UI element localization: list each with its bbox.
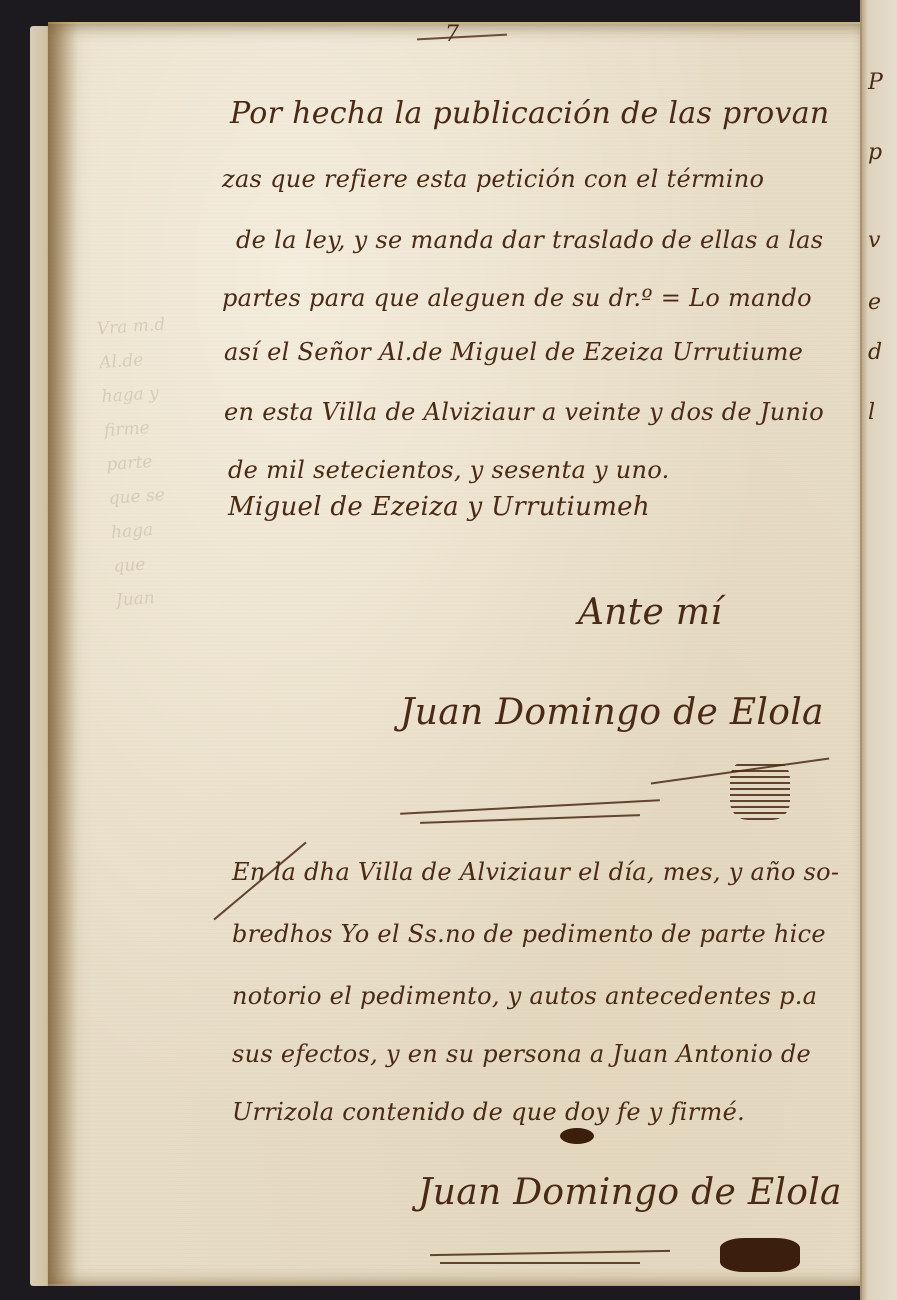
decree-line-4: partes para que aleguen de su dr.º = Lo … [222, 284, 812, 312]
facing-page-edge [860, 0, 897, 1300]
decree-line-6: en esta Villa de Alviziaur a veinte y do… [224, 398, 824, 426]
notification-line-5: Urrizola contenido de que doy fe y firmé… [232, 1098, 745, 1126]
attestation-ante-mi: Ante mí [578, 592, 722, 633]
notification-line-3: notorio el pedimento, y autos antecedent… [232, 982, 817, 1010]
facing-page-fragment: e [868, 290, 881, 315]
decree-line-2: zas que refiere esta petición con el tér… [222, 165, 764, 193]
signature-flourish [440, 1262, 640, 1264]
decree-line-5: así el Señor Al.de Miguel de Ezeiza Urru… [224, 338, 803, 366]
notification-line-1: En la dha Villa de Alviziaur el día, mes… [232, 858, 839, 886]
facing-page-fragment: v [868, 228, 880, 253]
facing-page-fragment: P [868, 70, 883, 95]
facing-page-fragment: d [868, 340, 882, 365]
decree-line-1: Por hecha la publicación de las provan [230, 96, 830, 131]
page-foxing-edge [48, 22, 78, 1284]
facing-page-fragment: l [868, 400, 875, 425]
decree-line-7: de mil setecientos, y sesenta y uno. [228, 456, 670, 484]
notary-signature-1: Juan Domingo de Elola [400, 692, 824, 733]
manuscript-scan: P p v e d l Vra m.d Al.de haga y firme p… [0, 0, 897, 1300]
notification-line-2: bredhos Yo el Ss.no de pedimento de part… [232, 920, 826, 948]
notary-rubric [720, 1238, 800, 1272]
alcalde-signature: Miguel de Ezeiza y Urrutiumeh [228, 492, 650, 522]
ink-blot [560, 1128, 594, 1144]
notification-line-4: sus efectos, y en su persona a Juan Anto… [232, 1040, 811, 1068]
decree-line-3: de la ley, y se manda dar traslado de el… [236, 226, 823, 254]
facing-page-fragment: p [868, 140, 882, 165]
notary-signature-2: Juan Domingo de Elola [418, 1172, 842, 1213]
folio-number: 7 [445, 22, 459, 47]
